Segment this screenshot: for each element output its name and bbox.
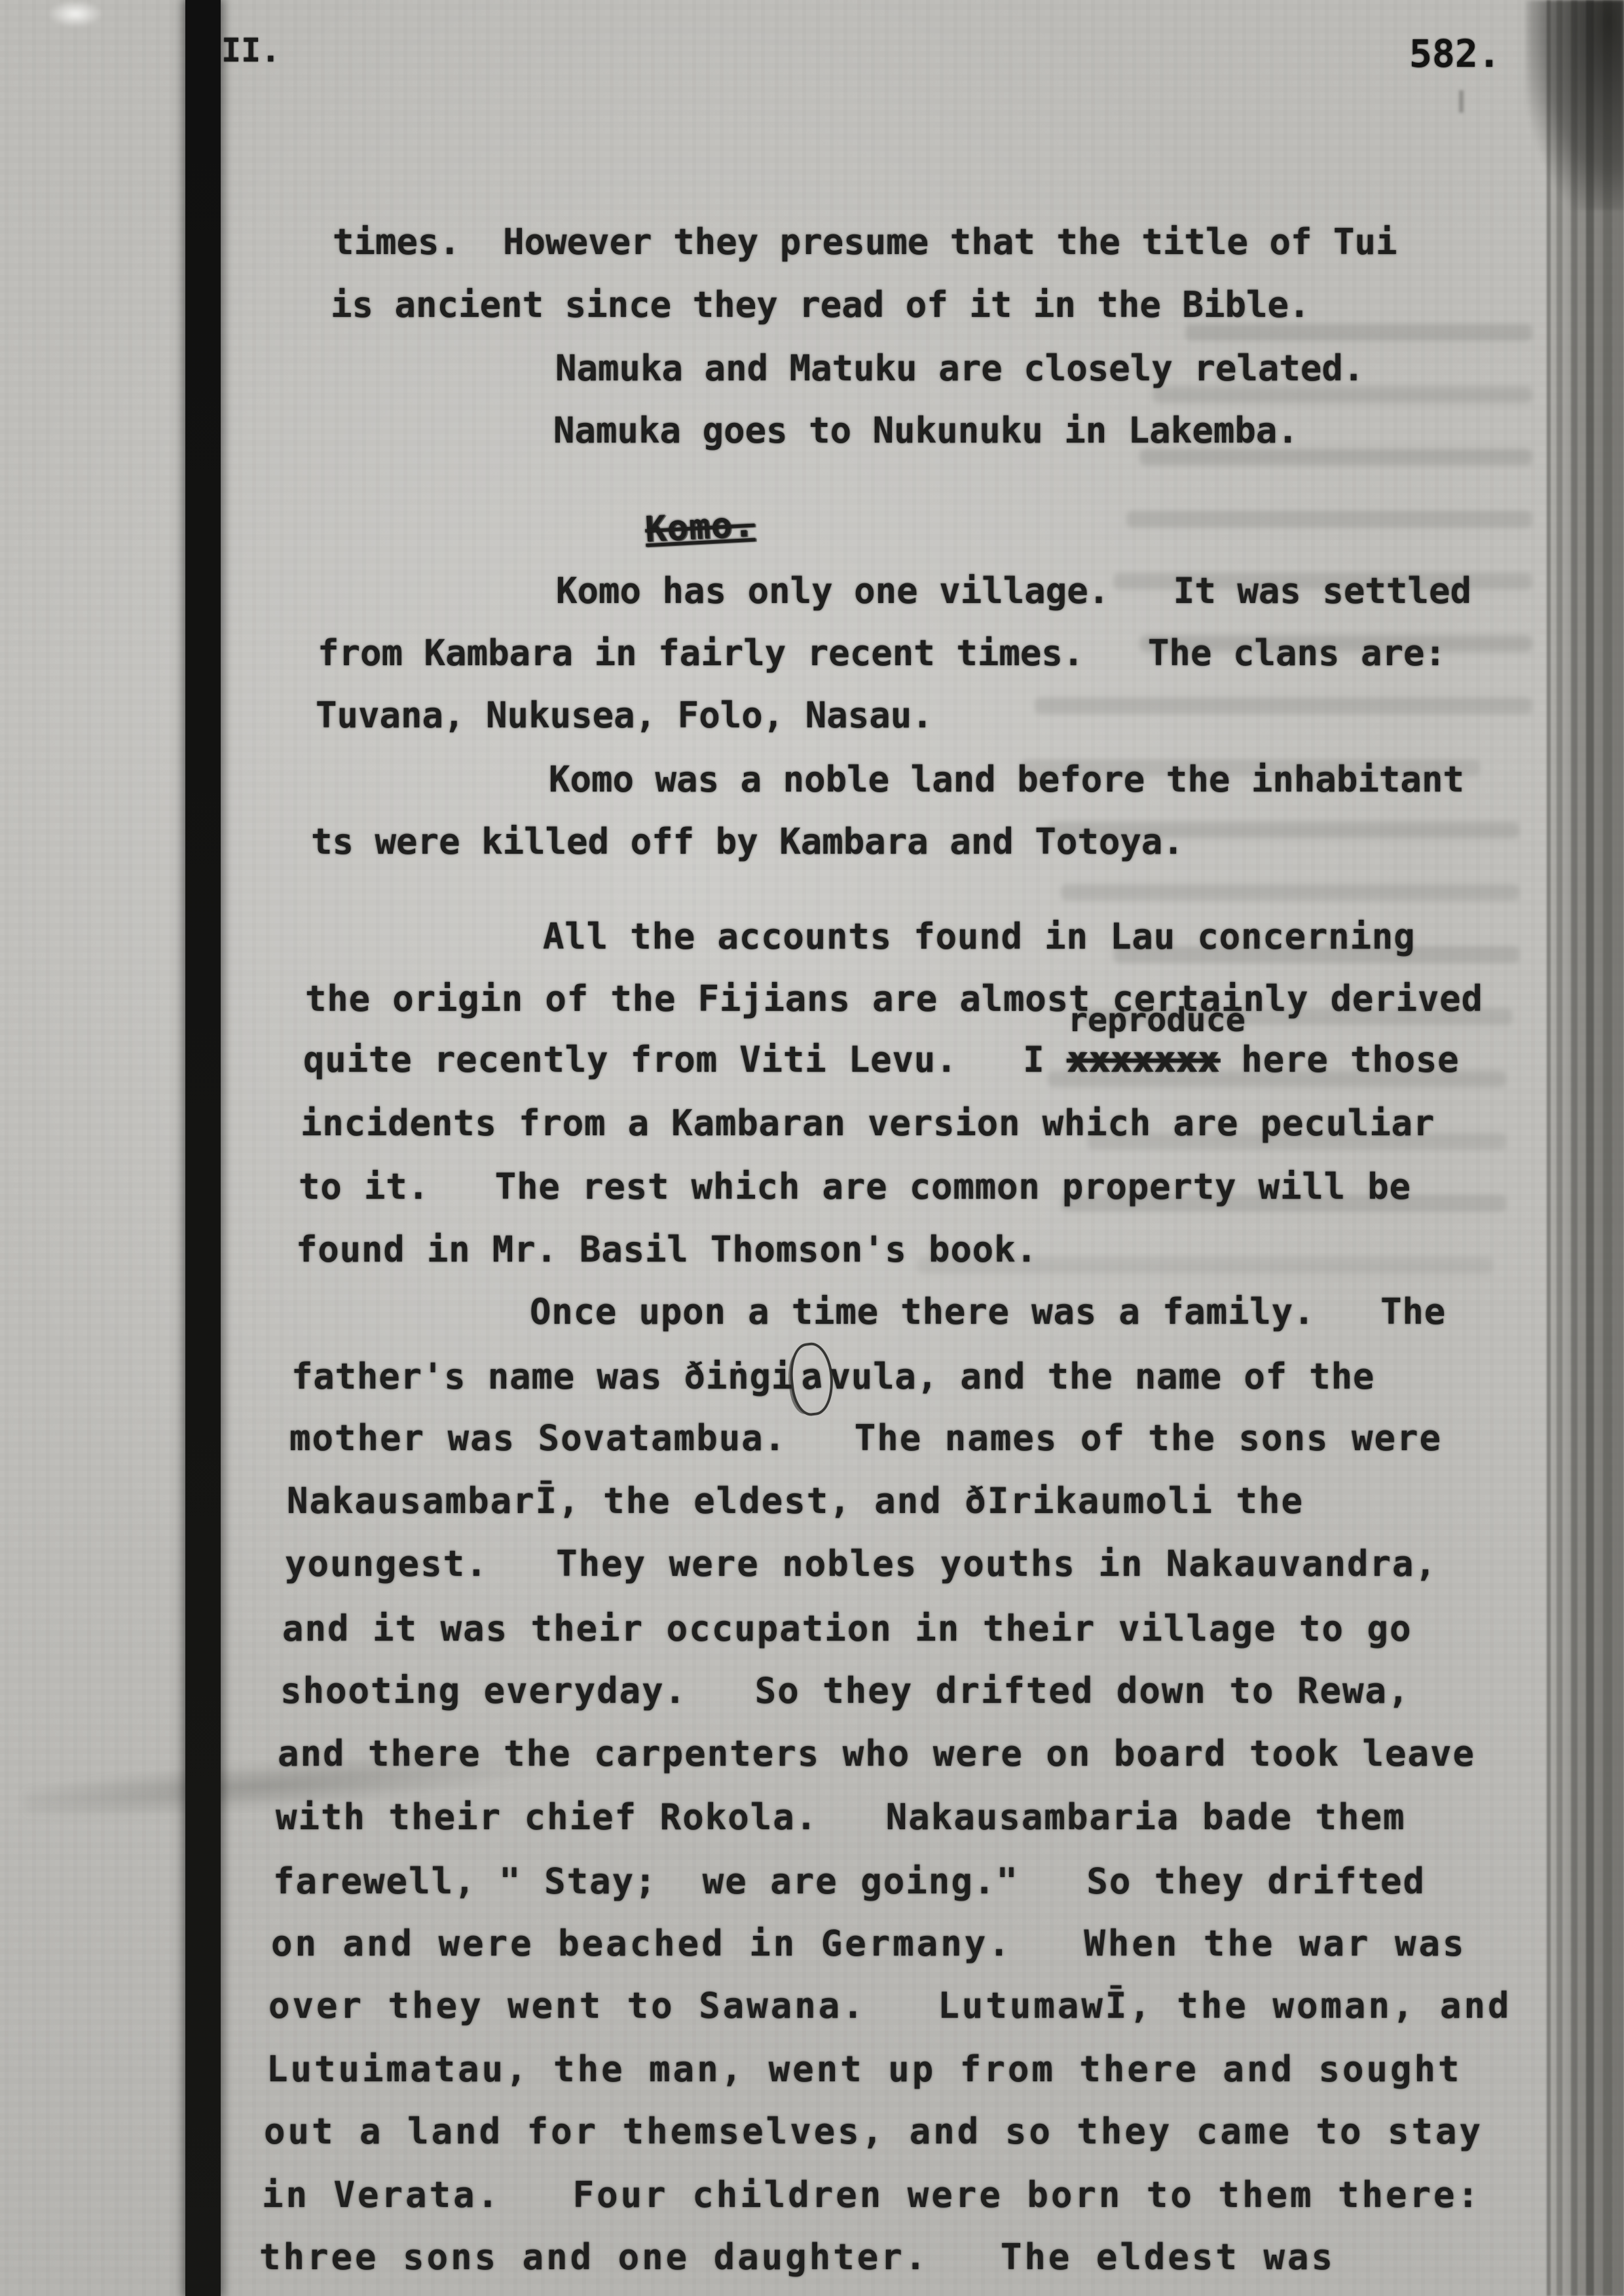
typed-line: and there the carpenters who were on boa… — [278, 1722, 1475, 1785]
typed-line: times. However they presume that the tit… — [333, 211, 1397, 273]
typed-line: the origin of the Fijians are almost cer… — [305, 968, 1483, 1030]
page-number: 582. — [1409, 31, 1501, 76]
typed-line: out a land for themselves, and so they c… — [264, 2100, 1483, 2162]
typed-line: Namuka and Matuku are closely related. — [555, 337, 1364, 399]
typed-line: Tuvana, Nukusea, Folo, Nasau. — [316, 684, 933, 746]
typed-line: with their chief Rokola. Nakausambaria b… — [276, 1786, 1406, 1848]
circled-letter: a — [786, 1340, 838, 1417]
typed-line: Namuka goes to Nukunuku in Lakemba. — [553, 399, 1299, 462]
typed-line: found in Mr. Basil Thomson's book. — [296, 1218, 1038, 1281]
correction-group: reproducexxxxxxx — [1067, 1029, 1219, 1091]
typed-line: NakausambarĪ, the eldest, and ðIrikaumol… — [287, 1470, 1304, 1532]
typed-line: Komo has only one village. It was settle… — [556, 560, 1471, 622]
typed-line: from Kambara in fairly recent times. The… — [318, 622, 1446, 684]
inserted-word: reproduce — [1068, 989, 1246, 1053]
typed-line: Lutuimatau, the man, went up from there … — [267, 2038, 1462, 2100]
typed-line: shooting everyday. So they drifted down … — [280, 1660, 1411, 1722]
typed-line: youngest. They were nobles youths in Nak… — [285, 1533, 1437, 1595]
typed-line: mother was Sovatambua. The names of the … — [289, 1407, 1442, 1469]
binding-bar — [185, 0, 221, 2296]
typed-text: quite recently from Viti Levu. I — [303, 1039, 1067, 1080]
typed-line: and it was their occupation in their vil… — [282, 1597, 1412, 1660]
typed-line: farewell, " Stay; we are going." So they… — [273, 1850, 1426, 1912]
typed-line: three sons and one daughter. The eldest … — [259, 2226, 1335, 2288]
typescript-text: II. 582. times. However they presume tha… — [0, 0, 1624, 2296]
typed-line: to it. The rest which are common propert… — [299, 1156, 1411, 1218]
scanned-page: II. 582. times. However they presume tha… — [0, 0, 1624, 2296]
typed-line: incidents from a Kambaran version which … — [301, 1092, 1435, 1154]
typed-line: Komo was a noble land before the inhabit… — [549, 748, 1464, 811]
typed-line: on and were beached in Germany. When the… — [271, 1912, 1467, 1975]
typed-text: vula, and the name of the — [829, 1356, 1375, 1397]
typed-line-with-correction: quite recently from Viti Levu. I reprodu… — [303, 1029, 1460, 1091]
typed-line: Once upon a time there was a family. The — [530, 1281, 1446, 1343]
typed-text: father's name was ðiṅgi — [291, 1356, 793, 1397]
typed-line: ts were killed off by Kambara and Totoya… — [311, 811, 1184, 873]
typed-line-with-circled-letter: father's name was ðiṅgiavula, and the na… — [291, 1343, 1375, 1415]
section-label: II. — [221, 31, 280, 69]
typed-line: over they went to Sawana. LutumawĪ, the … — [268, 1975, 1512, 2037]
struck-heading: Komo. — [644, 493, 756, 561]
page-curl-shadow-top — [1526, 0, 1624, 210]
typed-line: is ancient since they read of it in the … — [331, 274, 1310, 336]
typed-line: All the accounts found in Lau concerning — [543, 905, 1415, 968]
page-curl-shadow — [1547, 0, 1624, 2296]
typed-line: in Verata. Four children were born to th… — [262, 2164, 1481, 2226]
typed-text: here those — [1219, 1039, 1459, 1080]
